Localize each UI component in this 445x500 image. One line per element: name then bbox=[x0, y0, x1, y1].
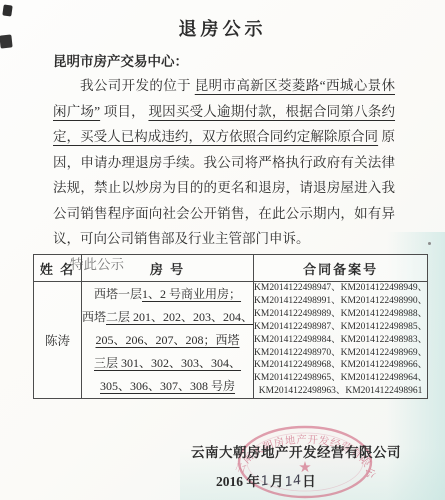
scan-speck bbox=[428, 242, 431, 245]
contract-number-line: KM2014122498963、KM2014122498961 bbox=[254, 385, 427, 398]
date-month-handwritten: 1 bbox=[259, 473, 270, 489]
date-line: 2016 年1月14日 bbox=[0, 470, 445, 490]
room-line: 205、206、207、208；西塔 bbox=[82, 329, 253, 352]
date-day-handwritten: 14 bbox=[283, 473, 302, 491]
room-line-underlined: 305、306、307、308 号房 bbox=[100, 379, 235, 393]
body-segment: 项目， bbox=[104, 104, 145, 119]
document-content: 退房公示 昆明市房产交易中心： 我公司开发的位于 昆明市高新区茭菱路“西城心景休… bbox=[0, 0, 445, 277]
room-line: 西塔二层 201、202、203、204、 bbox=[82, 306, 253, 329]
room-line-underlined: 1、2 号商业用房； bbox=[142, 287, 241, 301]
page-title: 退房公示 bbox=[0, 0, 445, 41]
room-line: 305、306、307、308 号房 bbox=[82, 375, 253, 398]
room-line-plain: 西塔 bbox=[82, 310, 106, 324]
date-month-label: 月 bbox=[270, 474, 284, 489]
contract-number-line: KM2014122498947、KM2014122498949、 bbox=[254, 282, 427, 295]
cell-rooms: 西塔一层1、2 号商业用房； 西塔二层 201、202、203、204、 205… bbox=[82, 282, 254, 399]
cell-contracts: KM2014122498947、KM2014122498949、 KM20141… bbox=[254, 282, 428, 399]
body-paragraph: 我公司开发的位于 昆明市高新区茭菱路“西城心景休闲广场” 项目， 现因买受人逾期… bbox=[53, 73, 395, 252]
contract-number-line: KM2014122498989、KM2014122498988、 bbox=[254, 308, 427, 321]
date-year: 2016 bbox=[216, 474, 243, 489]
cell-name: 陈涛 bbox=[34, 282, 82, 399]
refund-table: 姓 名 房 号 合同备案号 陈涛 西塔一层1、2 号商业用房； 西塔二层 201… bbox=[33, 254, 428, 399]
scan-artifact bbox=[0, 34, 13, 48]
header-room: 房 号 bbox=[82, 255, 254, 282]
date-day-label: 日 bbox=[302, 474, 316, 489]
document-page: 退房公示 昆明市房产交易中心： 我公司开发的位于 昆明市高新区茭菱路“西城心景休… bbox=[0, 0, 445, 500]
contract-number-line: KM2014122498984、KM2014122498983、 bbox=[254, 334, 427, 347]
room-line: 三层 301、302、303、304、 bbox=[82, 352, 253, 375]
contract-number-line: KM2014122498987、KM2014122498985、 bbox=[254, 321, 427, 334]
room-line-underlined: 205、206、207、208；西塔 bbox=[96, 333, 240, 347]
contract-number-line: KM2014122498991、KM2014122498990、 bbox=[254, 295, 427, 308]
header-contract: 合同备案号 bbox=[254, 255, 428, 282]
company-name: 云南大朝房地产开发经营有限公司 bbox=[191, 441, 401, 461]
body-segment: 原因，申请办理退房手续。我公司将严格执行政府有关法律法规，禁止以炒房为目的的更名… bbox=[53, 129, 395, 246]
table-header-row: 姓 名 房 号 合同备案号 bbox=[34, 255, 428, 282]
contract-number-line: KM2014122498965、KM2014122498964、 bbox=[254, 372, 427, 385]
room-line-underlined: 二层 201、202、203、204、 bbox=[106, 310, 253, 324]
header-name: 姓 名 bbox=[34, 255, 82, 282]
body-segment: 我公司开发的位于 bbox=[80, 78, 191, 93]
table-row: 陈涛 西塔一层1、2 号商业用房； 西塔二层 201、202、203、204、 … bbox=[34, 282, 428, 399]
room-line: 西塔一层1、2 号商业用房； bbox=[82, 283, 253, 306]
room-line-underlined: 三层 301、302、303、304、 bbox=[94, 356, 241, 370]
salutation: 昆明市房产交易中心： bbox=[53, 50, 445, 70]
room-line-plain: 西塔一层 bbox=[94, 287, 142, 301]
scan-artifact bbox=[2, 4, 12, 16]
contract-number-line: KM2014122498968、KM2014122498966、 bbox=[254, 359, 427, 372]
contract-number-line: KM2014122498970、KM2014122498969、 bbox=[254, 347, 427, 360]
date-year-label: 年 bbox=[246, 474, 260, 489]
